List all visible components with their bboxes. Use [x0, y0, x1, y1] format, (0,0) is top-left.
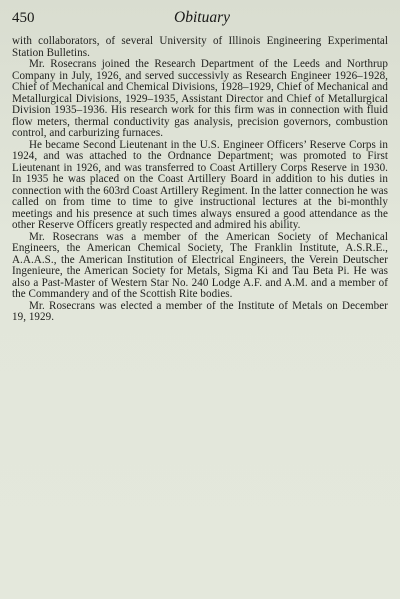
paragraph-career: Mr. Rosecrans joined the Research Depart…: [12, 59, 388, 140]
paragraph-military: He became Second Lieutenant in the U.S. …: [12, 140, 388, 232]
paragraph-memberships: Mr. Rosecrans was a member of the Americ…: [12, 232, 388, 301]
obituary-body: with collaborators, of several Universit…: [12, 36, 388, 324]
page-header: 450 Obituary: [12, 8, 388, 32]
paragraph-continuation: with collaborators, of several Universit…: [12, 36, 388, 59]
running-title: Obituary: [12, 9, 388, 27]
paragraph-institute-election: Mr. Rosecrans was elected a member of th…: [12, 301, 388, 324]
